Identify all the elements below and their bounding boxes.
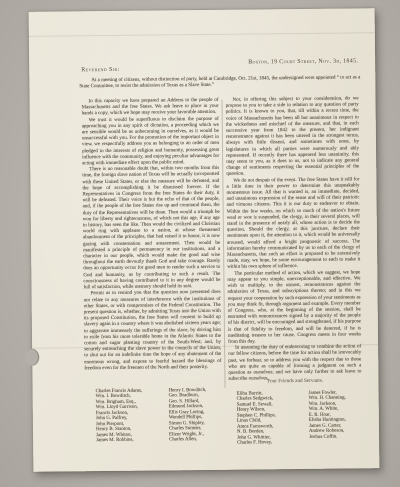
- intro-paragraph: At a meeting of citizens, without distin…: [79, 75, 360, 90]
- paragraph: Permit us to remind you that the questio…: [84, 290, 222, 372]
- signature-column-4: James Fowler, Wm. H. Channing, Wm. Jacks…: [309, 391, 347, 440]
- left-column: In this capacity we have prepared an Add…: [82, 98, 222, 372]
- column-divider: [222, 100, 226, 388]
- signature-name: Charles Allen,: [169, 437, 207, 443]
- paper-edge-notch: [24, 349, 39, 366]
- paragraph: Nor, in offering this subject to your co…: [226, 96, 360, 178]
- signature-column-1: Charles Francis Adams, Wm. I. Bowditch, …: [96, 389, 143, 444]
- signature-column-2: Henry I. Bowditch, Geo. Bradburn, Geo. S…: [169, 388, 207, 443]
- paragraph: There is no reasonable doubt that, withi…: [82, 166, 220, 291]
- dateline: Boston, 19 Court Street, Nov. 3d, 1845.: [81, 58, 358, 67]
- paragraph: In this capacity we have prepared an Add…: [82, 98, 219, 118]
- paragraph: We do not despair of the event. The free…: [226, 177, 360, 271]
- signature-name: Charles F. Hovey,: [237, 440, 276, 446]
- signature-name: James M. Robbins,: [96, 438, 143, 444]
- photo-backdrop: { "document": { "dateline": "Boston, 19 …: [0, 0, 400, 487]
- right-column: Nor, in offering this subject to your co…: [226, 96, 362, 383]
- signature-name: Joshua Coffin.: [309, 434, 346, 440]
- signature-column-3: Elihu Burritt, Charles Sedgwick, Samuel …: [237, 391, 276, 446]
- salutation: Reverend Sir:: [81, 67, 119, 73]
- paragraph: We trust it would be superfluous to disc…: [82, 116, 220, 167]
- paragraph: The particular method of action, which w…: [227, 270, 361, 346]
- fold-line-top: [29, 32, 375, 37]
- letter-sheet: Boston, 19 Court Street, Nov. 3d, 1845. …: [29, 8, 380, 472]
- signature-name: Andrew Robeson,: [309, 429, 346, 435]
- closing-line: Your Friends and Servants.: [228, 377, 361, 384]
